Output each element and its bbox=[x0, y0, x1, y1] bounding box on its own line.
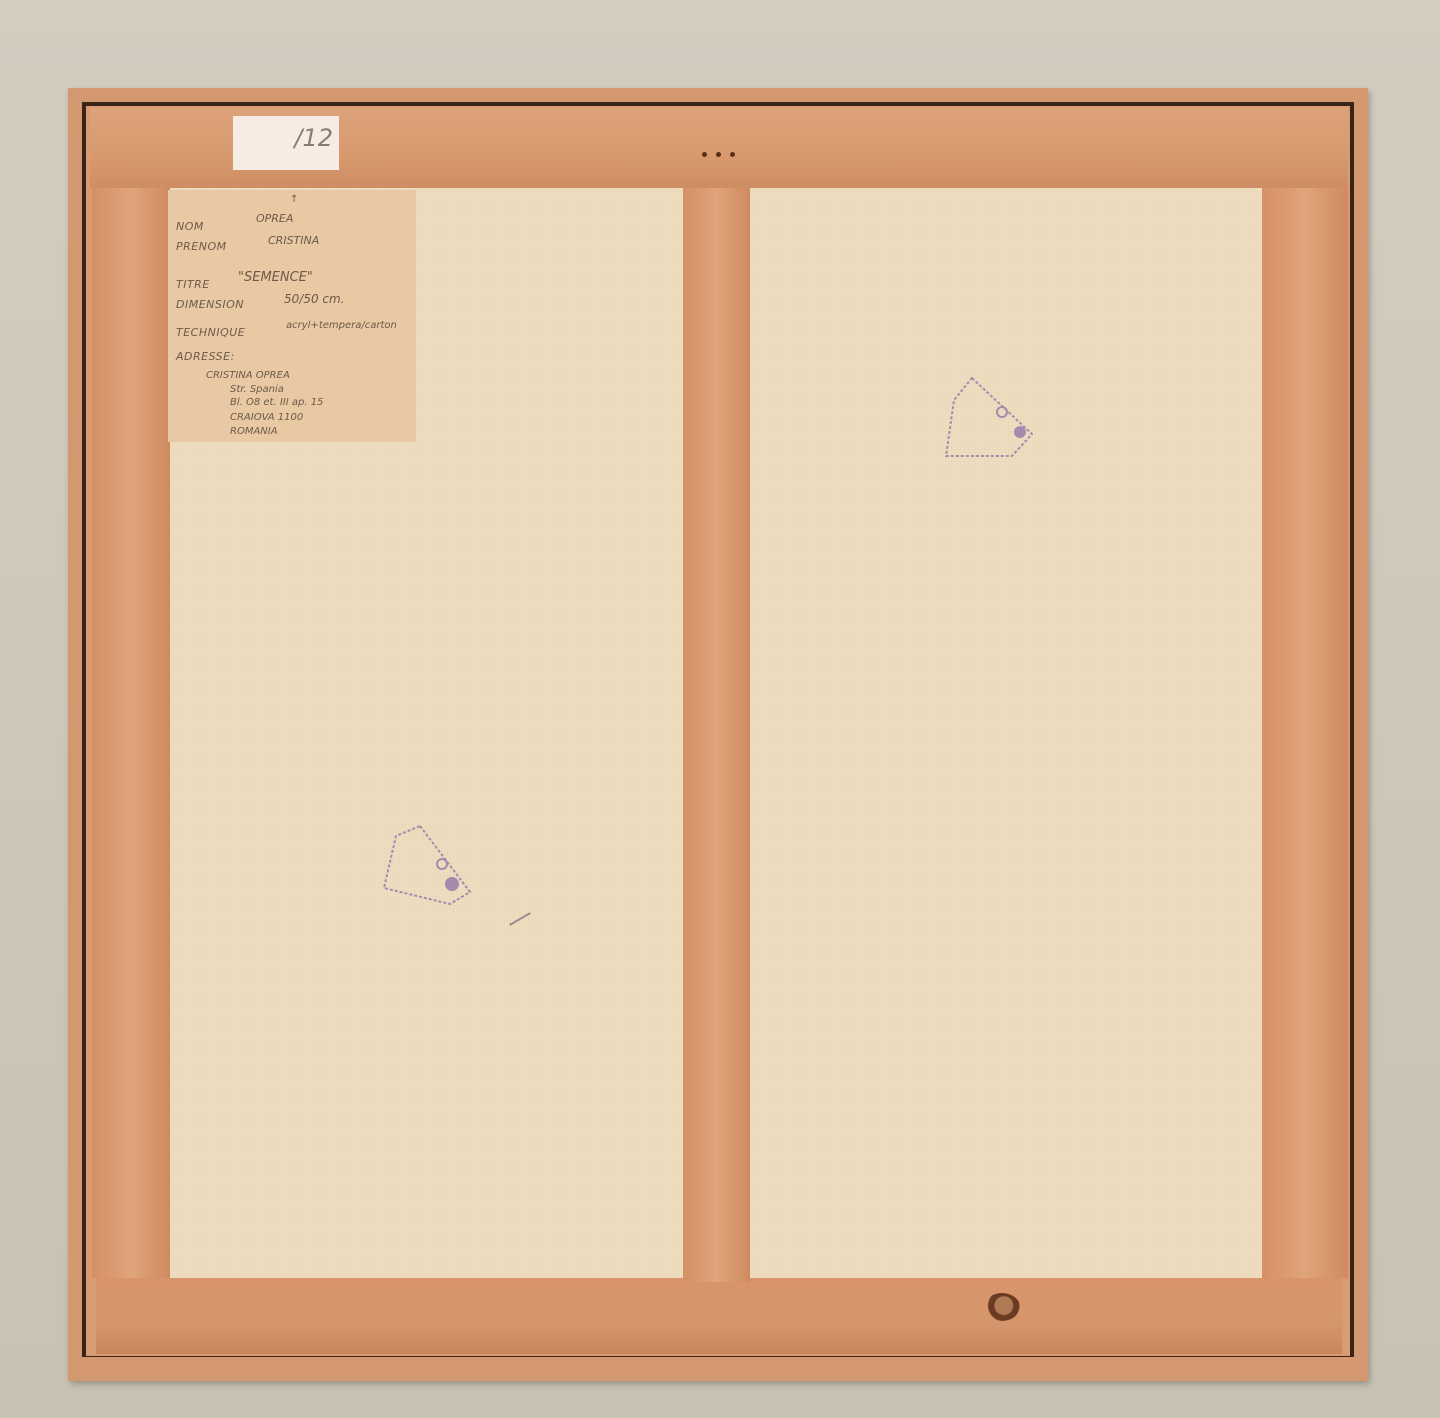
wood-knot bbox=[984, 1293, 1020, 1321]
dimension-value: 50/50 cm. bbox=[284, 292, 345, 306]
inventory-label: /12 bbox=[233, 116, 339, 170]
address-line: ROMANIA bbox=[230, 426, 278, 437]
address-line: CRISTINA OPREA bbox=[206, 370, 290, 381]
artist-info-label: ↑ NOM OPREA PRENOM CRISTINA TITRE "SEMEN… bbox=[168, 190, 416, 442]
titre-label: TITRE bbox=[176, 278, 210, 291]
ink-stamp-icon bbox=[380, 822, 476, 908]
technique-label: TECHNIQUE bbox=[176, 326, 245, 339]
up-arrow-icon: ↑ bbox=[290, 194, 298, 205]
address-line: CRAIOVA 1100 bbox=[230, 412, 303, 423]
address-line: Str. Spania bbox=[230, 384, 284, 395]
inventory-number: /12 bbox=[294, 124, 333, 152]
nom-value: OPREA bbox=[256, 212, 293, 225]
stretcher-cross-bar bbox=[683, 188, 750, 1282]
titre-value: "SEMENCE" bbox=[238, 270, 313, 285]
stretcher-bar-left bbox=[92, 188, 170, 1278]
prenom-label: PRENOM bbox=[176, 240, 227, 253]
nail-hole bbox=[702, 152, 707, 157]
stretcher-bar-bottom bbox=[96, 1278, 1342, 1354]
prenom-value: CRISTINA bbox=[268, 234, 319, 247]
technique-value: acryl+tempera/carton bbox=[286, 320, 397, 331]
ink-stamp-icon bbox=[942, 372, 1038, 460]
nom-label: NOM bbox=[176, 220, 204, 233]
nail-hole bbox=[716, 152, 721, 157]
nail-holes bbox=[702, 152, 735, 157]
nail-hole bbox=[730, 152, 735, 157]
address-line: Bl. O8 et. III ap. 15 bbox=[230, 397, 323, 408]
dimension-label: DIMENSION bbox=[176, 298, 244, 311]
adresse-label: ADRESSE: bbox=[176, 350, 235, 363]
canvas-right-panel bbox=[750, 188, 1262, 1278]
stretcher-bar-right bbox=[1262, 188, 1348, 1278]
